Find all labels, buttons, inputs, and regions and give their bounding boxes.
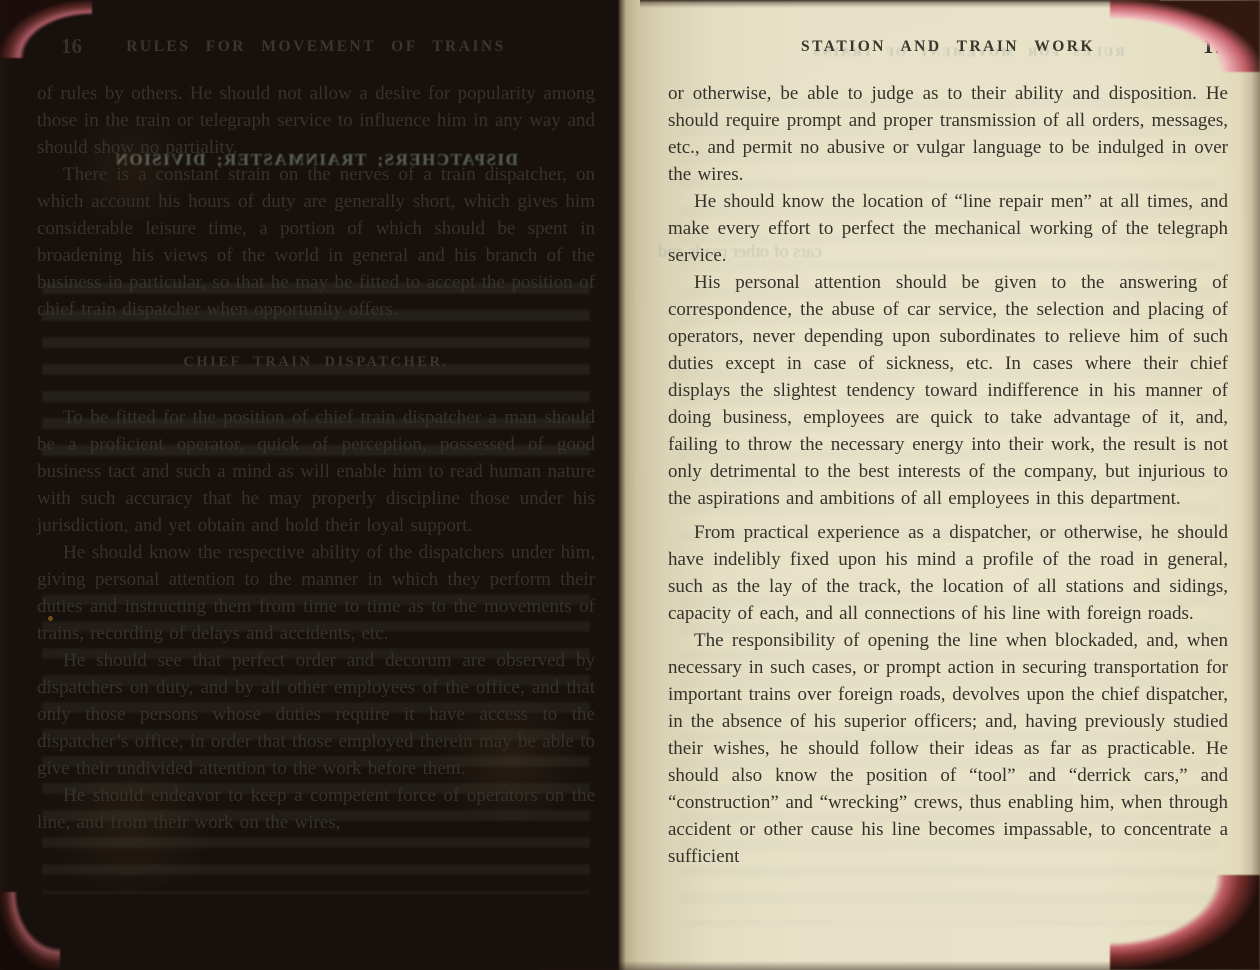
paragraph: or otherwise, be able to judge as to the…: [668, 80, 1228, 188]
paragraph: There is a constant strain on the nerves…: [37, 161, 595, 323]
book-corner-top-left: [0, 0, 92, 58]
page-edge-shadow-left: [0, 0, 16, 970]
running-header-left-title: RULES FOR MOVEMENT OF TRAINS: [126, 38, 506, 55]
page-edge-shadow-right: [1240, 0, 1260, 970]
left-page-body: of rules by others. He should not allow …: [37, 80, 595, 836]
paragraph: He should see that perfect order and dec…: [37, 647, 595, 782]
book-corner-bottom-left: [0, 892, 60, 970]
right-page: RULES FOR MOVEMENT OF TRAINS cars of oth…: [618, 0, 1260, 970]
running-header-right-title: STATION AND TRAIN WORK: [801, 38, 1095, 55]
left-page: DISPATCHERS; TRAINMASTER; DIVISION 16 RU…: [0, 0, 618, 970]
paragraph: The responsibility of opening the line w…: [668, 627, 1228, 870]
paragraph: From practical experience as a dispatche…: [668, 519, 1228, 627]
running-header-left: 16 RULES FOR MOVEMENT OF TRAINS: [37, 38, 595, 56]
paragraph: of rules by others. He should not allow …: [37, 80, 595, 161]
book-corner-top-right: [1110, 0, 1260, 72]
paragraph: His personal attention should be given t…: [668, 269, 1228, 512]
paragraph: He should know the respective ability of…: [37, 539, 595, 647]
section-heading: CHIEF TRAIN DISPATCHER.: [37, 349, 595, 376]
paragraph: He should know the location of “line rep…: [668, 188, 1228, 269]
right-page-body: or otherwise, be able to judge as to the…: [668, 80, 1228, 870]
page-edge-shadow-top: [640, 0, 1160, 8]
paragraph: He should endeavor to keep a competent f…: [37, 782, 595, 836]
paragraph: To be fitted for the position of chief t…: [37, 404, 595, 539]
book-corner-bottom-right: [1110, 875, 1260, 970]
book-spread-scan: DISPATCHERS; TRAINMASTER; DIVISION 16 RU…: [0, 0, 1260, 970]
